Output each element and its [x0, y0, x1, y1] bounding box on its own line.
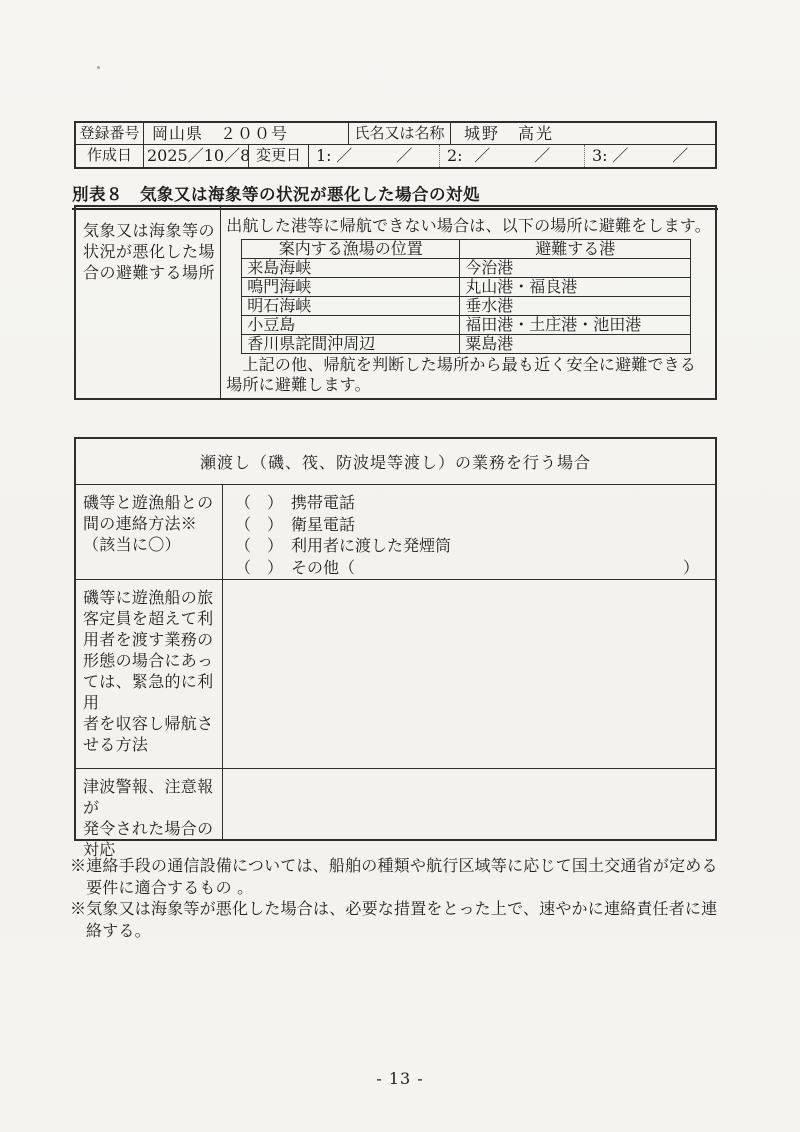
- capacity-label: 磯等に遊漁船の旅 客定員を超えて利 用者を渡す業務の 形態の場合にあっ ては、緊…: [76, 580, 223, 768]
- created-date-label: 作成日: [76, 145, 144, 167]
- modified-slot-2-number: 2:: [447, 145, 463, 167]
- footnotes: ※連絡手段の通信設備については、船舶の種類や航行区域等に応じて国土交通省が定める…: [70, 855, 738, 941]
- created-date-value: 2025／10／8: [144, 145, 249, 167]
- reg-number-value: 岡山県 ２００号: [144, 123, 349, 144]
- footnote-line: 絡する。: [70, 920, 738, 942]
- ports-header-port: 避難する港: [460, 240, 691, 259]
- ports-header-row: 案内する漁場の位置 避難する港: [242, 240, 691, 259]
- evacuation-place-label-line: 気象又は海象等の: [83, 220, 218, 241]
- sewatashi-table: 瀬渡し（磯、筏、防波堤等渡し）の業務を行う場合 磯等と遊漁船との 間の連絡方法※…: [74, 437, 717, 841]
- contact-method-label: 磯等と遊漁船との 間の連絡方法※ （該当に〇）: [76, 485, 223, 579]
- footnote-line: ※連絡手段の通信設備については、船舶の種類や航行区域等に応じて国土交通省が定める: [70, 855, 738, 877]
- modified-slot-3: 3: ／ ／: [584, 145, 715, 167]
- port-row: 明石海峡 垂水港: [242, 297, 691, 316]
- port-value-cell: 丸山港・福良港: [460, 278, 691, 297]
- modified-slot-3-number: 3:: [592, 145, 608, 167]
- port-location-cell: 明石海峡: [242, 297, 460, 316]
- modified-date-label: 変更日: [249, 145, 309, 167]
- contact-method-row: 磯等と遊漁船との 間の連絡方法※ （該当に〇） （ ） 携帯電話 （ ） 衛星電…: [76, 485, 715, 580]
- modified-slot-2-slashes: ／ ／: [463, 145, 582, 167]
- port-row: 来島海峡 今治港: [242, 259, 691, 278]
- tsunami-label-line: 津波警報、注意報が: [83, 776, 220, 818]
- modified-slot-1: 1: ／ ／: [309, 145, 439, 167]
- port-row: 香川県詫間沖周辺 粟島港: [242, 335, 691, 354]
- evacuation-place-label-line: 合の避難する場所: [83, 262, 218, 283]
- modified-slot-2: 2: ／ ／: [439, 145, 584, 167]
- evacuation-intro: 出航した港等に帰航できない場合は、以下の場所に避難をします。: [226, 213, 711, 238]
- port-location-cell: 来島海峡: [242, 259, 460, 278]
- capacity-label-line: 客定員を超えて利: [83, 608, 220, 629]
- tsunami-row: 津波警報、注意報が 発令された場合の 対応: [76, 769, 715, 839]
- modified-slot-3-slashes: ／ ／: [608, 145, 713, 167]
- capacity-label-line: 用者を渡す業務の: [83, 629, 220, 650]
- port-row: 小豆島 福田港・土庄港・池田港: [242, 316, 691, 335]
- evacuation-outro-line: 場所に避難します。: [226, 375, 711, 395]
- footnote-weather: ※気象又は海象等が悪化した場合は、必要な措置をとった上で、速やかに連絡責任者に連…: [70, 898, 738, 941]
- ports-header-location: 案内する漁場の位置: [242, 240, 460, 259]
- page-number: - 13 -: [0, 1069, 800, 1088]
- sewatashi-title: 瀬渡し（磯、筏、防波堤等渡し）の業務を行う場合: [76, 439, 715, 485]
- holder-name-label: 氏名又は名称: [349, 123, 451, 144]
- port-location-cell: 小豆島: [242, 316, 460, 335]
- evacuation-place-label-line: 状況が悪化した場: [83, 241, 218, 262]
- contact-method-options: （ ） 携帯電話 （ ） 衛星電話 （ ） 利用者に渡した発煙筒 （ ） その他…: [223, 485, 715, 579]
- modified-slot-1-number: 1:: [316, 145, 332, 167]
- registration-table: 登録番号 岡山県 ２００号 氏名又は名称 城野 高光 作成日 2025／10／8…: [74, 121, 717, 169]
- scan-speckle: [97, 66, 100, 69]
- capacity-label-line: ては、緊急的に利用: [83, 671, 220, 713]
- weather-response-table: 気象又は海象等の 状況が悪化した場 合の避難する場所 出航した港等に帰航できない…: [74, 205, 717, 400]
- port-value-cell: 垂水港: [460, 297, 691, 316]
- contact-method-label-line: 間の連絡方法※: [83, 513, 220, 534]
- registration-row-1: 登録番号 岡山県 ２００号 氏名又は名称 城野 高光: [76, 123, 715, 145]
- evacuation-place-label: 気象又は海象等の 状況が悪化した場 合の避難する場所: [76, 207, 221, 398]
- port-value-cell: 福田港・土庄港・池田港: [460, 316, 691, 335]
- footnote-line: ※気象又は海象等が悪化した場合は、必要な措置をとった上で、速やかに連絡責任者に連: [70, 898, 738, 920]
- evacuation-outro-line: 上記の他、帰航を判断した場所から最も近く安全に避難できる: [226, 355, 711, 375]
- port-value-cell: 粟島港: [460, 335, 691, 354]
- contact-option-smoke-signal: （ ） 利用者に渡した発煙筒: [235, 535, 707, 557]
- evacuation-outro: 上記の他、帰航を判断した場所から最も近く安全に避難できる 場所に避難します。: [226, 355, 711, 395]
- ports-table: 案内する漁場の位置 避難する港 来島海峡 今治港 鳴門海峡 丸山港・福良港 明石…: [241, 239, 691, 354]
- port-location-cell: 鳴門海峡: [242, 278, 460, 297]
- contact-option-satellite-phone: （ ） 衛星電話: [235, 514, 707, 536]
- footnote-line: 要件に適合するもの 。: [70, 877, 738, 899]
- tsunami-value-cell: [223, 769, 715, 839]
- footnote-communication: ※連絡手段の通信設備については、船舶の種類や航行区域等に応じて国土交通省が定める…: [70, 855, 738, 898]
- port-value-cell: 今治港: [460, 259, 691, 278]
- evacuation-place-content: 出航した港等に帰航できない場合は、以下の場所に避難をします。 案内する漁場の位置…: [221, 207, 715, 398]
- contact-option-other-close-paren: ）: [683, 557, 707, 579]
- modified-slot-1-slashes: ／ ／: [332, 145, 437, 167]
- tsunami-label-line: 発令された場合の: [83, 818, 220, 839]
- contact-option-mobile-phone: （ ） 携帯電話: [235, 492, 707, 514]
- capacity-label-line: 形態の場合にあっ: [83, 650, 220, 671]
- capacity-value-cell: [223, 580, 715, 768]
- reg-number-label: 登録番号: [76, 123, 144, 144]
- tsunami-label: 津波警報、注意報が 発令された場合の 対応: [76, 769, 223, 839]
- registration-row-2: 作成日 2025／10／8 変更日 1: ／ ／ 2: ／ ／ 3: ／ ／: [76, 145, 715, 167]
- port-row: 鳴門海峡 丸山港・福良港: [242, 278, 691, 297]
- contact-method-label-line: 磯等と遊漁船との: [83, 492, 220, 513]
- capacity-label-line: 者を収容し帰航さ: [83, 713, 220, 734]
- contact-option-other-prefix: （ ） その他（: [235, 557, 355, 579]
- contact-option-other: （ ） その他（ ）: [235, 557, 707, 579]
- contact-method-label-line: （該当に〇）: [83, 534, 220, 555]
- capacity-label-line: 磯等に遊漁船の旅: [83, 587, 220, 608]
- capacity-label-line: せる方法: [83, 734, 220, 755]
- holder-name-value: 城野 高光: [451, 123, 715, 144]
- port-location-cell: 香川県詫間沖周辺: [242, 335, 460, 354]
- capacity-row: 磯等に遊漁船の旅 客定員を超えて利 用者を渡す業務の 形態の場合にあっ ては、緊…: [76, 580, 715, 769]
- scanned-document-page: 登録番号 岡山県 ２００号 氏名又は名称 城野 高光 作成日 2025／10／8…: [0, 0, 800, 1132]
